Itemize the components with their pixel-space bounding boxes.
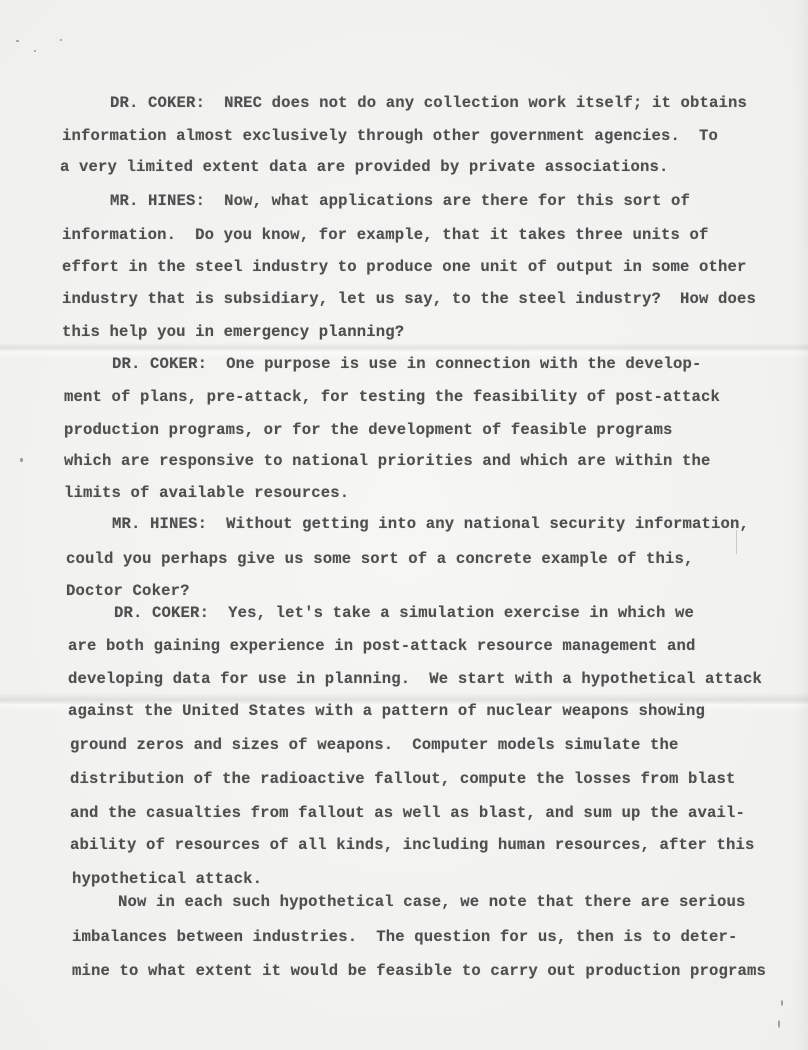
text-line: distribution of the radioactive fallout,…	[70, 770, 736, 788]
text-line: MR. HINES: Without getting into any nati…	[112, 515, 749, 533]
text-line: ment of plans, pre-attack, for testing t…	[64, 388, 720, 406]
text-line: hypothetical attack.	[72, 870, 262, 888]
text-line: limits of available resources.	[64, 484, 349, 502]
text-line: could you perhaps give us some sort of a…	[66, 550, 694, 568]
text-line: ground zeros and sizes of weapons. Compu…	[70, 736, 679, 754]
text-line: which are responsive to national priorit…	[64, 452, 711, 470]
text-line: against the United States with a pattern…	[68, 702, 705, 720]
scan-speck	[34, 50, 36, 52]
text-line: DR. COKER: Yes, let's take a simulation …	[114, 604, 694, 622]
scan-mark	[736, 530, 737, 554]
text-line: developing data for use in planning. We …	[68, 670, 762, 688]
text-line: effort in the steel industry to produce …	[62, 258, 747, 276]
text-line: MR. HINES: Now, what applications are th…	[110, 192, 690, 210]
text-line: ability of resources of all kinds, inclu…	[70, 836, 755, 854]
text-line: information. Do you know, for example, t…	[62, 226, 709, 244]
text-line: mine to what extent it would be feasible…	[72, 962, 766, 980]
text-line: this help you in emergency planning?	[62, 323, 404, 341]
scan-speck	[60, 39, 62, 41]
scan-speck	[16, 40, 19, 42]
scan-speck	[778, 1020, 780, 1028]
text-line: DR. COKER: NREC does not do any collecti…	[110, 94, 747, 112]
text-line: imbalances between industries. The quest…	[72, 928, 738, 946]
text-line: industry that is subsidiary, let us say,…	[62, 290, 756, 308]
page-edge-shadow	[794, 0, 808, 1050]
text-line: are both gaining experience in post-atta…	[68, 637, 696, 655]
text-line: Doctor Coker?	[66, 582, 190, 600]
text-line: production programs, or for the developm…	[64, 421, 673, 439]
scan-speck	[781, 1000, 783, 1006]
text-line: Now in each such hypothetical case, we n…	[118, 893, 746, 911]
text-line: and the casualties from fallout as well …	[70, 804, 745, 822]
text-line: information almost exclusively through o…	[62, 127, 718, 145]
text-line: a very limited extent data are provided …	[60, 158, 669, 176]
text-line: DR. COKER: One purpose is use in connect…	[112, 355, 701, 373]
scan-speck	[20, 458, 23, 462]
